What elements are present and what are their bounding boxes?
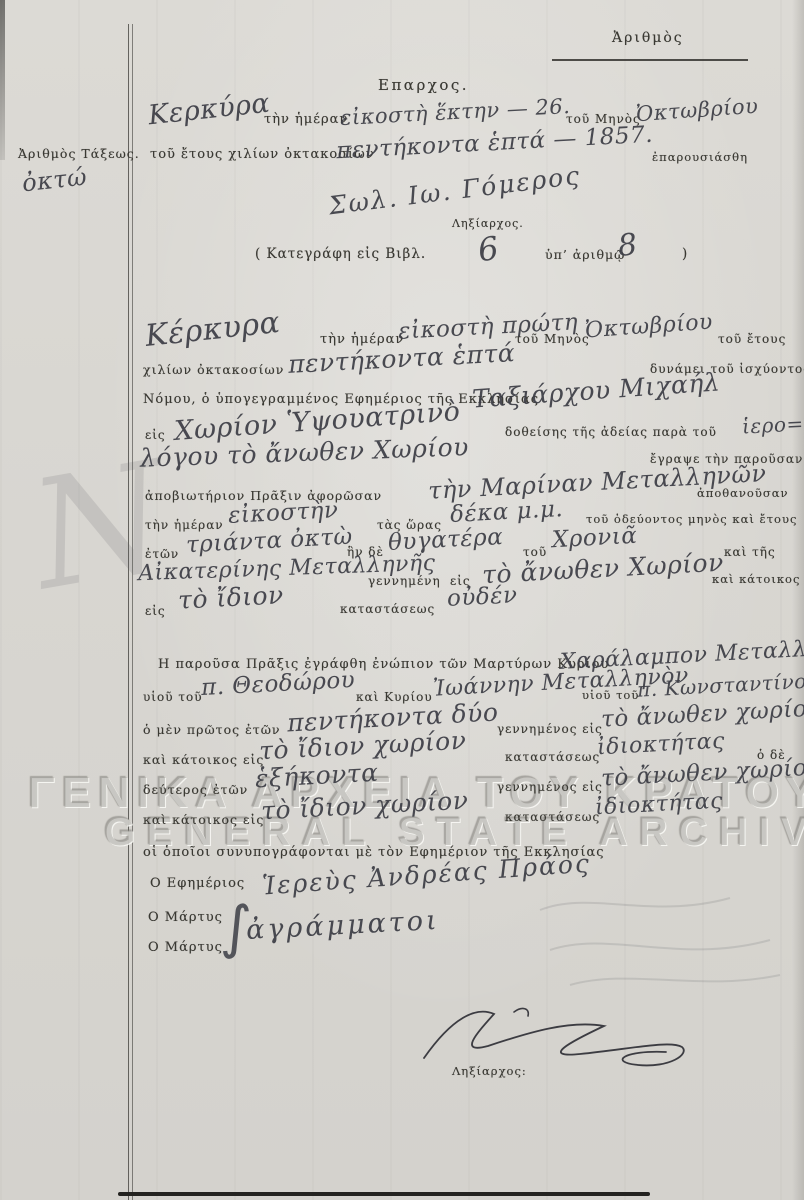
page-right-edge-shadow [792,0,804,1200]
witness-illiterate-note: ἀγράμματοι [245,905,440,946]
age-label: ἐτῶν [145,547,179,561]
witness1-status-entry: ἰδιοκτήτας [596,729,725,761]
hours-entry: δέκα μ.μ. [449,496,563,528]
header-registrar-signature: Σωλ. Ιω. Γόμερος [327,161,582,221]
witness2-signature-label: Ο Μάρτυς [148,940,223,955]
at-label: εἰς [145,428,166,442]
number-label: Ἀριθμὸς [612,30,684,46]
recorded-suffix: ) [682,246,688,262]
act-year-line2: χιλίων ὀκτακοσίων [143,362,284,377]
status-entry: οὐδέν [446,582,518,612]
permission-line: δοθείσης τῆς ἀδείας παρὰ τοῦ [505,425,717,439]
resident-at-label: εἰς [145,604,166,618]
resident-label: καὶ κάτοικος [712,572,800,586]
witness1-signature-label: Ο Μάρτυς [148,910,223,925]
church-entry: Ταξιάρχου Μιχαήλ [471,367,721,413]
died-day-entry: εἰκοστὴν [227,497,339,529]
page-bottom-edge [118,1192,650,1196]
presented-label: ἐπαρουσιάσθη [652,150,748,164]
witness1-father-entry: π. Θεοδώρου [200,667,355,701]
witness1-age-label: ὁ μὲν πρῶτος ἐτῶν [143,722,281,737]
eparch-label: Επαρχος. [378,76,469,94]
header-day-entry: εἰκοστὴ ἕκτην — 26. [340,94,571,130]
series-number-label: Ἀριθμὸς Τάξεως. [18,146,140,161]
witness1-born-label: γεννημένος εἰς [497,722,603,736]
header-place-entry: Κερκύρα [147,88,272,132]
series-number-value: ὀκτώ [21,163,89,198]
son-of-label-1: υἱοῦ τοῦ [143,690,203,704]
header-month-entry: Ὀκτωβρίου [635,94,759,126]
and-of-label: καὶ τῆς [724,545,776,559]
act-month-prefix: τοῦ Μηνὸς [515,332,590,346]
witness1-status-label: καταστάσεως [505,750,600,764]
witness2-status-label: καταστάσεως [505,810,600,824]
witness2-age-label: δεύτερος ἐτῶν [143,782,248,797]
act-month-entry: Ὀκτωβρίου [584,310,713,344]
bleed-through-marks [530,880,790,1000]
header-registrar-label: Ληξίαρχος. [452,217,524,230]
act-number-entry: 8 [616,227,639,264]
died-day-prefix: τὴν ἡμέραν [145,518,224,532]
status-label: καταστάσεως [340,602,435,616]
priest-signature-label: Ο Εφημέριος [150,876,245,891]
header-year-entry: πεντήκοντα ἑπτά — 1857. [336,122,654,165]
left-margin-double-rule [128,24,133,1200]
father-entry: Χρονιᾶ [551,523,638,553]
footer-registrar-label: Ληξίαρχος: [452,1064,527,1078]
died-label: ἀποθανοῦσαν [697,486,788,500]
witness2-age-entry: ἑξήκοντα [254,758,379,793]
born-place-entry: τὸ ἄνωθεν Χωρίον [481,548,724,590]
permission-entry-1: ἱερο= [741,411,804,438]
book-number-entry: 6 [475,229,501,270]
header-day-prefix: τὴν ἡμέραν [264,112,348,127]
act-place-entry: Κέρκυρα [144,305,282,354]
witness2-born-label: γεννημένος εἰς [497,780,603,794]
born-label: γεννημένη [368,574,441,588]
scanned-death-record-page: N ΓΕΝΙΚΑ ΑΡΧΕΙΑ ΤΟΥ ΚΡΑΤΟΥΣ GENERAL STAT… [0,0,804,1200]
witness-intro-line: Η παροῦσα Πρᾶξις ἐγράφθη ἐνώπιον τῶν Μαρ… [158,657,609,672]
witness1-resident-label: καὶ κάτοικος εἰς [143,752,264,767]
under-number-label: ὑπ’ ἀριθμῷ [545,247,625,262]
witness2-resident-entry: τὸ ἴδιον χωρίον [260,786,469,826]
page-left-edge-mark [0,0,5,160]
recorded-prefix: ( Κατεγράφη εἰς Βιβλ. [255,246,426,262]
witness2-born-entry: τὸ ἄνωθεν χωρίον [600,754,804,792]
number-underline [552,59,748,61]
witness2-status-entry: ἰδιοκτήτας [594,789,723,821]
son-of-label-2: υἱοῦ τοῦ [582,688,639,702]
witness2-resident-label: καὶ κάτοικος εἰς [143,812,264,827]
act-year-prefix: τοῦ ἔτους [718,332,786,346]
resident-place-entry: τὸ ἴδιον [177,580,284,614]
